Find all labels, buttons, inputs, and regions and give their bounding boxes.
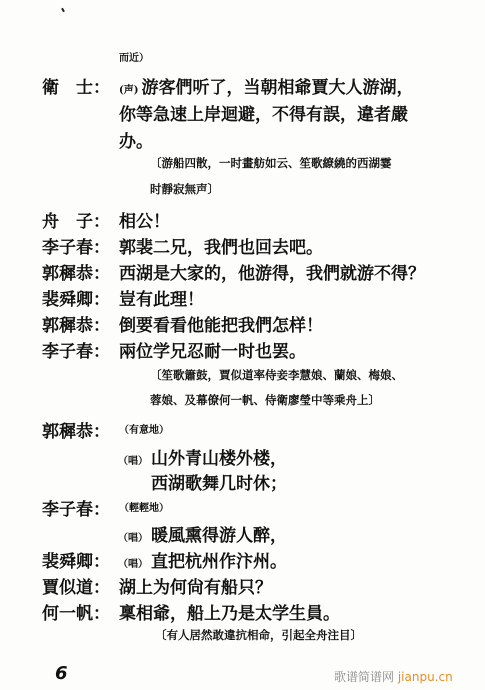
- stage-direction: 〔笙歌簫鼓，賈似道率侍妾李慧娘、蘭娘、梅娘、: [150, 367, 403, 383]
- dialogue-line: 西湖是大家的，他游得，我們就游不得？: [119, 259, 425, 284]
- sung-line: （唱）暖風熏得游人醉，: [118, 521, 287, 546]
- watermark-cn: 歌谱简谱网: [334, 670, 394, 684]
- speaker-label: 郭穉恭：: [42, 417, 110, 442]
- speaker-label: 裴舜卿：: [42, 547, 110, 572]
- speaker-label: 何一帆：: [42, 599, 110, 624]
- speaker-label: 李子春：: [42, 495, 110, 520]
- sung-line: （唱）直把杭州作汴州。: [118, 547, 287, 572]
- watermark-site: jianpu.cn: [398, 670, 453, 684]
- speaker-label: 郭穉恭：: [42, 311, 110, 336]
- dialogue-line: 你等急速上岸迴避，不得有誤，違者嚴: [119, 100, 408, 125]
- dialogue-line: (声)游客們听了，当朝相爺賈大人游湖，: [119, 73, 413, 98]
- dialogue-line: 郭裴二兄，我們也回去吧。: [119, 233, 323, 258]
- dialogue-line: 湖上为何尙有船只？: [119, 573, 272, 598]
- speaker-label: 舟 子：: [42, 207, 110, 232]
- speaker-label: 衛 士：: [42, 73, 110, 98]
- speaker-label: 李子春：: [42, 337, 110, 362]
- watermark: 歌谱简谱网 jianpu.cn: [334, 668, 453, 685]
- ink-speck: [61, 8, 65, 12]
- dialogue-line: 相公！: [119, 207, 170, 232]
- sung-line: 西湖歌舞几时休；: [151, 469, 287, 494]
- speaker-label: 郭穉恭：: [42, 259, 110, 284]
- dialogue-line: 豈有此理！: [119, 285, 204, 310]
- continuation-text: 而近）: [119, 49, 149, 64]
- speaker-label: 賈似道：: [42, 573, 110, 598]
- performance-marker: （唱）: [118, 456, 148, 467]
- acting-direction: （有意地）: [119, 421, 169, 436]
- acting-direction: （輕輕地）: [119, 499, 169, 514]
- dialogue-line: 稟相爺，船上乃是太学生員。: [119, 599, 340, 624]
- stage-direction: 蓉娘、及幕僚何一帆、侍衛廖瑩中等乘舟上〕: [150, 392, 380, 408]
- performance-marker: （唱）: [118, 559, 148, 570]
- speaker-label: 裴舜卿：: [42, 285, 110, 310]
- performance-marker: (声): [119, 85, 138, 96]
- speaker-label: 李子春：: [42, 233, 110, 258]
- sung-line: （唱）山外青山楼外楼，: [118, 444, 287, 469]
- stage-direction: 〔有人居然敢違抗相命，引起全舟注目〕: [155, 627, 362, 643]
- page-number: 6: [55, 663, 68, 684]
- performance-marker: （唱）: [118, 533, 148, 544]
- dialogue-line: 倒要看看他能把我們怎样！: [119, 311, 323, 336]
- dialogue-line: 办。: [119, 127, 153, 152]
- dialogue-line: 兩位学兄忍耐一时也罢。: [119, 337, 306, 362]
- stage-direction: 〔游船四散，一时畫舫如云、笙歌繚繞的西湖霎: [150, 155, 392, 171]
- stage-direction: 时靜寂無声〕: [150, 181, 219, 197]
